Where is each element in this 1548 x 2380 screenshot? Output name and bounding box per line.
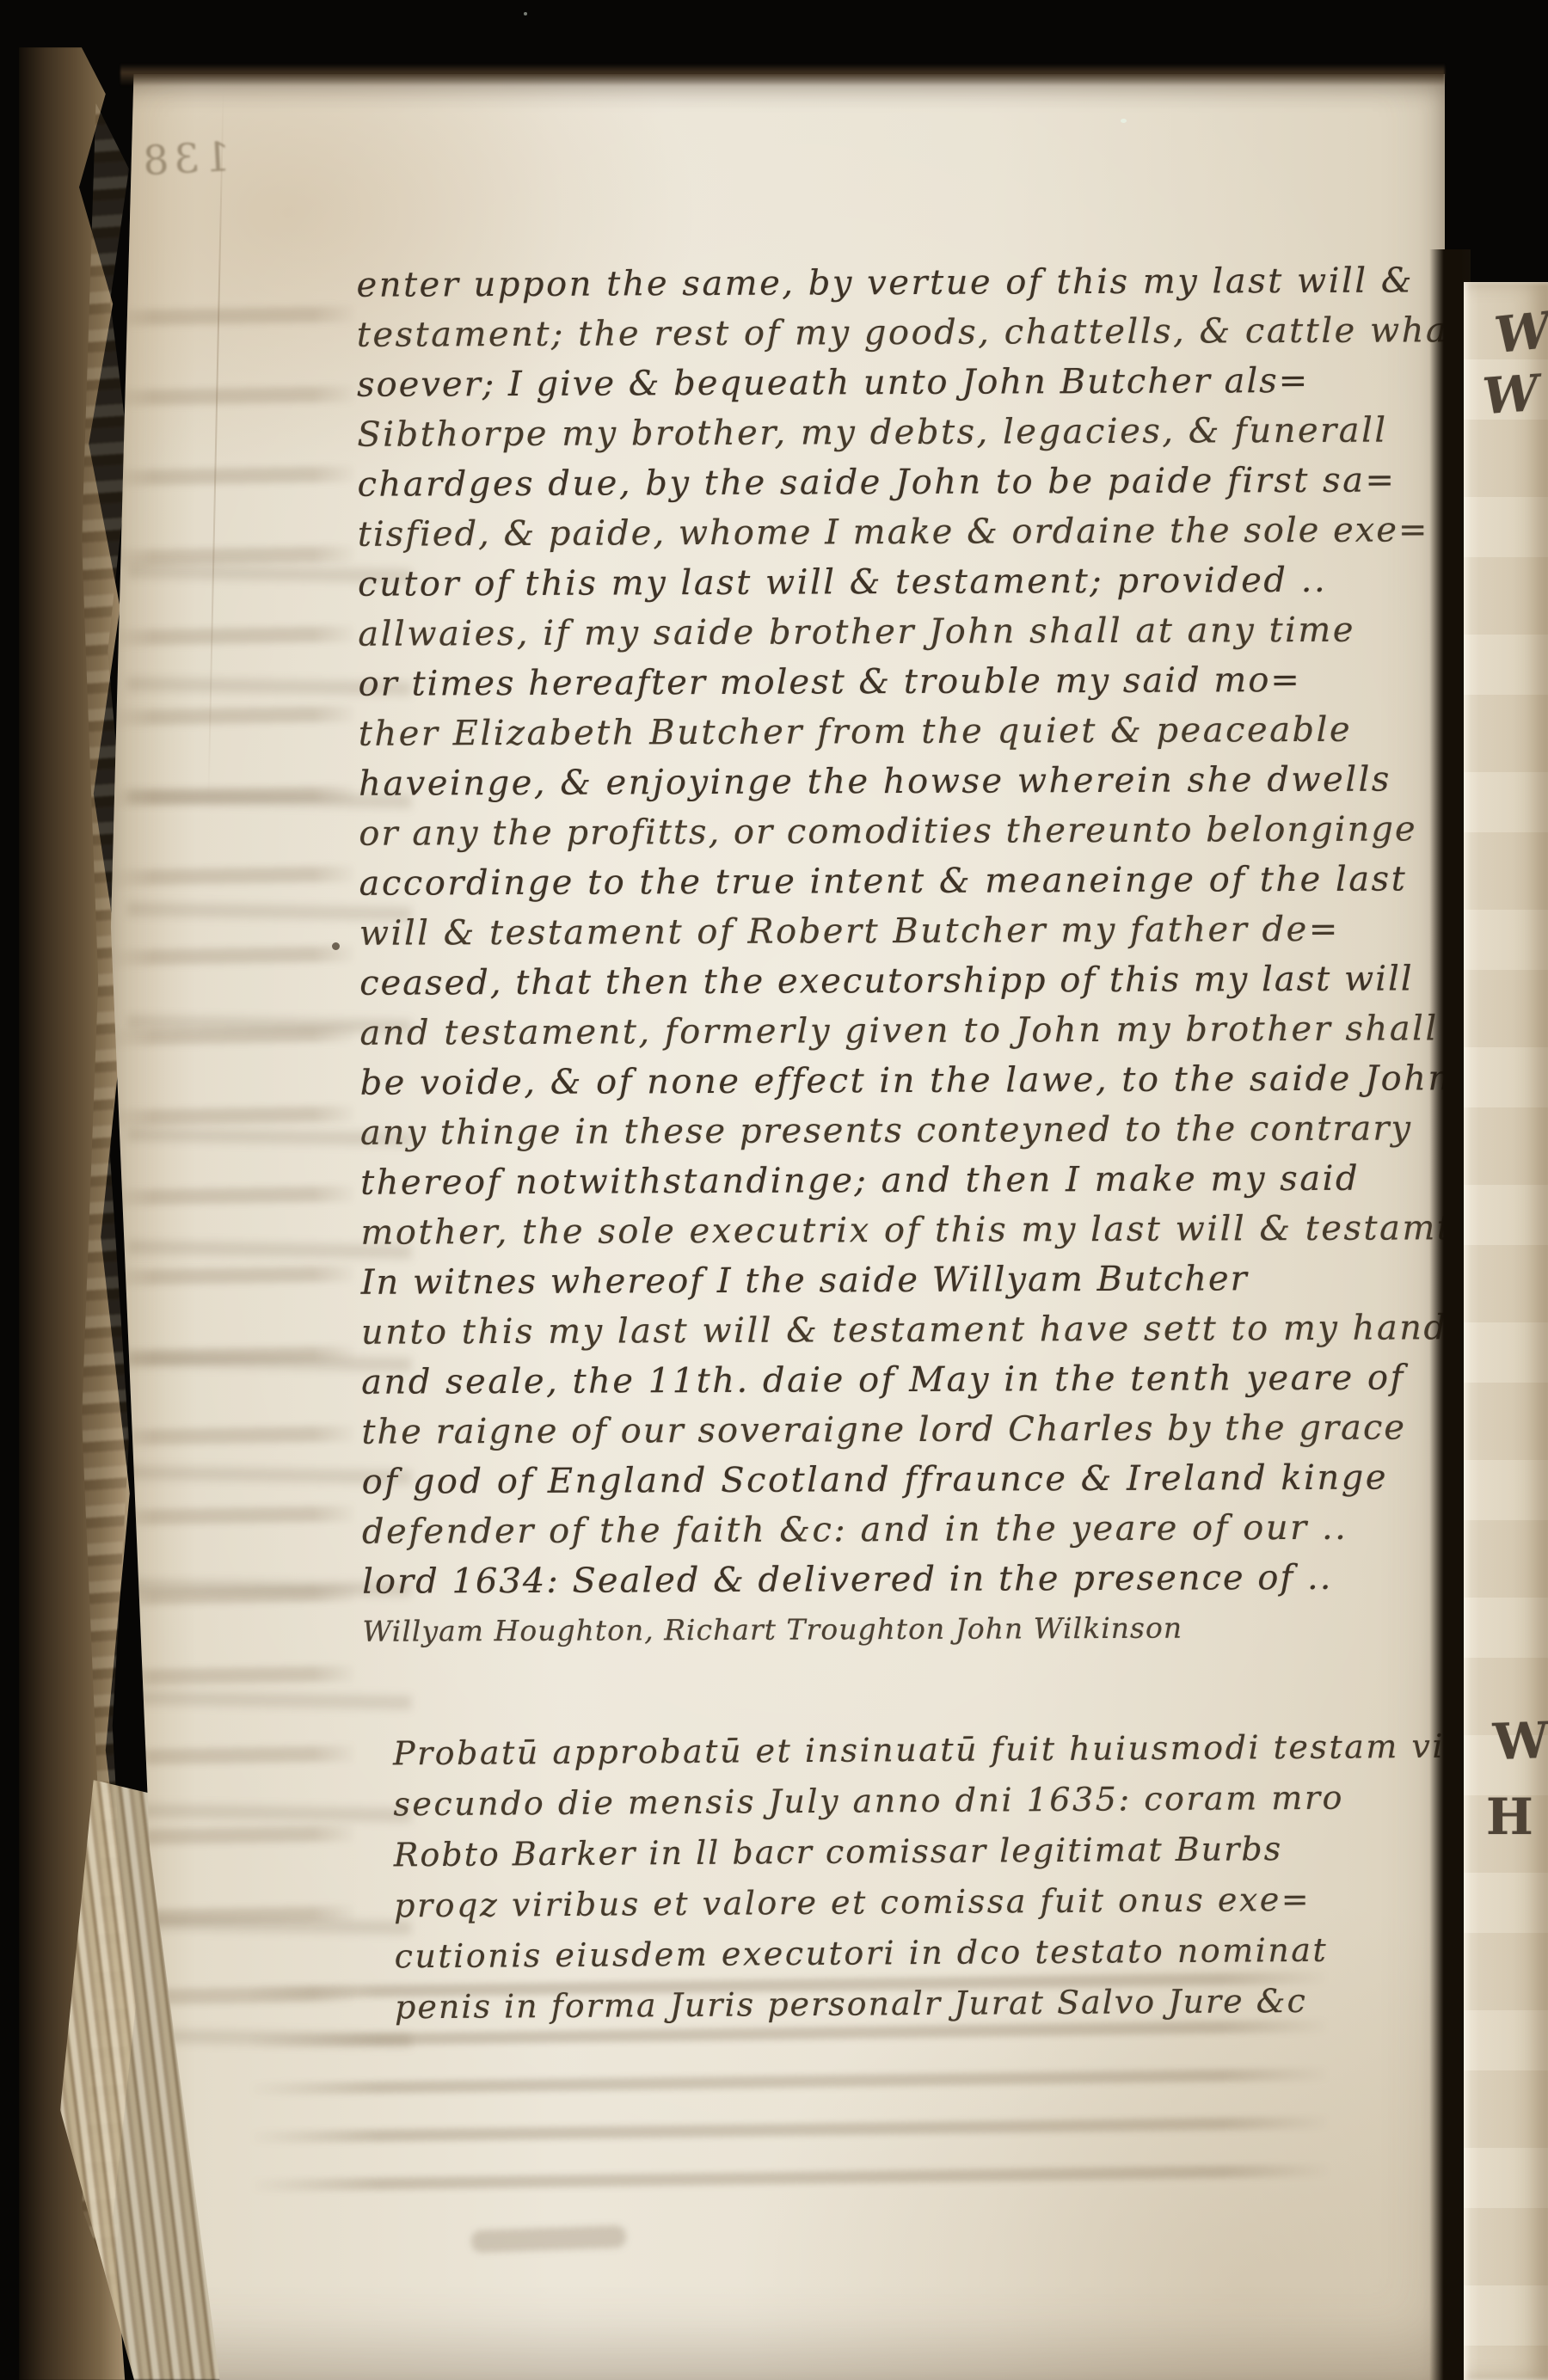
probate-line: Robto Barker in ll bacr comissar legitim…	[394, 1823, 1460, 1881]
manuscript-line: allwaies, if my saide brother John shall…	[358, 604, 1450, 659]
manuscript-line: lord 1634: Sealed & delivered in the pre…	[362, 1552, 1454, 1607]
manuscript-line: of god of England Scotland ffraunce & Ir…	[362, 1452, 1454, 1507]
probate-line: penis in forma Juris personalr Jurat Sal…	[395, 1975, 1461, 2033]
manuscript-line: any thinge in these presents conteyned t…	[360, 1103, 1453, 1158]
manuscript-line: defender of the faith &c: and in the yea…	[362, 1502, 1454, 1557]
probate-line: cutionis eiusdem executori in dco testat…	[394, 1924, 1460, 1983]
manuscript-line: ceased, that then the executorshipp of t…	[359, 954, 1452, 1009]
manuscript-line: ther Elizabeth Butcher from the quiet & …	[359, 704, 1451, 759]
manuscript-photograph: 138 enter uppon the same, by vertue of t…	[0, 0, 1548, 2380]
marginal-letter: H	[1486, 1792, 1533, 1842]
manuscript-line: mother, the sole executrix of this my la…	[360, 1203, 1453, 1258]
probate-line: proqz viribus et valore et comissa fuit …	[394, 1874, 1460, 1932]
page-top-edge-shadow	[120, 64, 1445, 86]
manuscript-line: testament; the rest of my goods, chattel…	[357, 305, 1449, 360]
manuscript-line: In witnes whereof I the saide Willyam Bu…	[361, 1253, 1453, 1308]
facing-page-edge: W W W H	[1464, 282, 1548, 2380]
manuscript-line: or any the profitts, or comodities there…	[359, 804, 1451, 859]
manuscript-line: or times hereafter molest & trouble my s…	[358, 654, 1450, 709]
manuscript-line: accordinge to the true intent & meaneing…	[359, 854, 1451, 909]
manuscript-line: be voide, & of none effect in the lawe, …	[360, 1053, 1453, 1108]
marginal-letter: W	[1492, 305, 1548, 360]
marginal-letter: W	[1481, 368, 1540, 421]
dust-speck	[524, 12, 527, 15]
manuscript-line: and testament, formerly given to John my…	[359, 1003, 1452, 1058]
probate-clause-block: Probatū approbatū et insinuatū fuit huiu…	[393, 1721, 1461, 2033]
manuscript-line: chardges due, by the saide John to be pa…	[357, 455, 1449, 510]
manuscript-line: thereof notwithstandinge; and then I mak…	[360, 1153, 1453, 1208]
manuscript-page: 138 enter uppon the same, by vertue of t…	[101, 74, 1445, 2380]
manuscript-line: soever; I give & bequeath unto John Butc…	[357, 355, 1449, 410]
manuscript-line: will & testament of Robert Butcher my fa…	[359, 904, 1452, 959]
showthrough-writing-tail	[471, 2225, 627, 2253]
manuscript-line: unto this my last will & testament have …	[361, 1303, 1453, 1358]
dust-speck	[1121, 119, 1127, 123]
probate-line: Probatū approbatū et insinuatū fuit huiu…	[393, 1721, 1459, 1780]
manuscript-line: tisfied, & paide, whome I make & ordaine…	[358, 505, 1450, 560]
manuscript-line: the raigne of our soveraigne lord Charle…	[361, 1402, 1453, 1457]
manuscript-line: haveinge, & enjoyinge the howse wherein …	[359, 754, 1451, 809]
will-text-block: enter uppon the same, by vertue of this …	[356, 255, 1454, 1657]
probate-line: secundo die mensis July anno dni 1635: c…	[393, 1772, 1459, 1831]
manuscript-line: cutor of this my last will & testament; …	[358, 555, 1450, 610]
manuscript-line: Sibthorpe my brother, my debts, legacies…	[357, 405, 1449, 460]
manuscript-line: and seale, the 11th. daie of May in the …	[361, 1353, 1453, 1408]
marginal-letter: W	[1492, 1715, 1548, 1767]
folio-number-showthrough: 138	[135, 133, 232, 186]
manuscript-line: enter uppon the same, by vertue of this …	[356, 255, 1448, 310]
witness-names-line: Willyam Houghton, Richart Troughton John…	[362, 1602, 1454, 1657]
ink-dot	[332, 942, 340, 950]
